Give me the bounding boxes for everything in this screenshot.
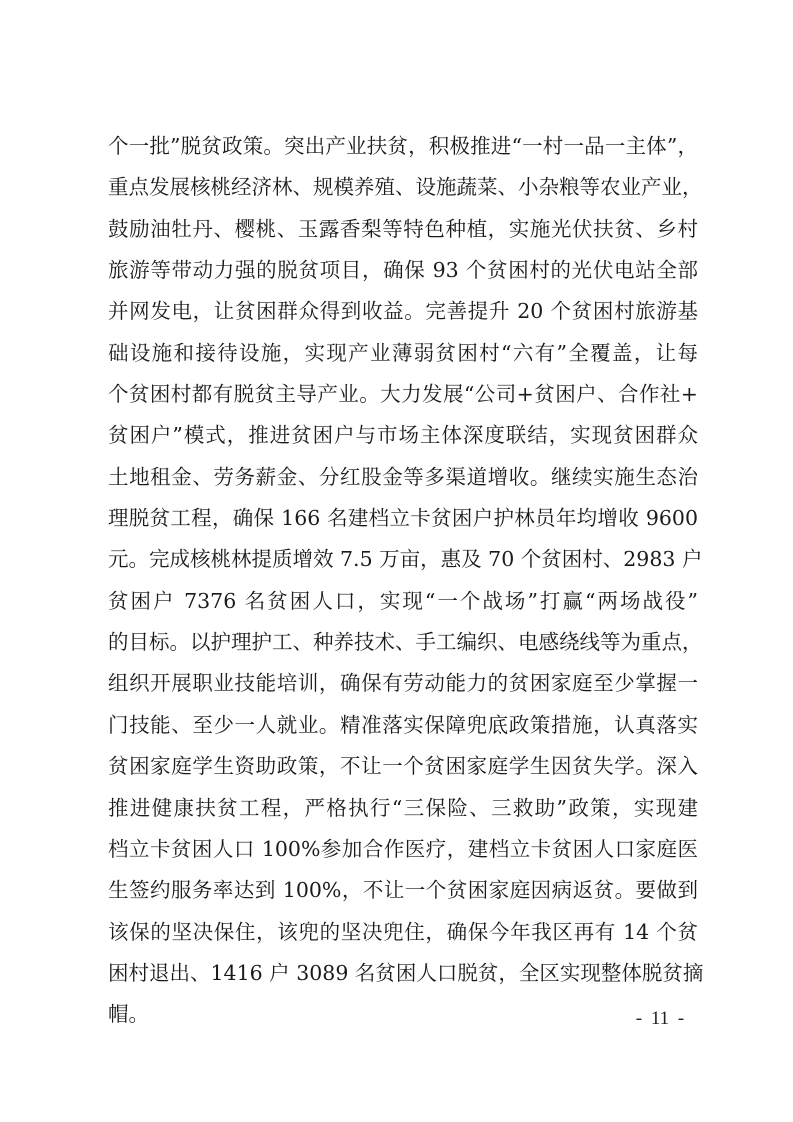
text-line: 个一批”脱贫政策。突出产业扶贫，积极推进“一村一品一主体”，: [108, 126, 698, 167]
text-line: 贫困家庭学生资助政策，不让一个贫困家庭学生因贫失学。深入: [108, 746, 698, 787]
text-line: 生签约服务率达到 100%，不让一个贫困家庭因病返贫。要做到: [108, 870, 698, 911]
document-page: 个一批”脱贫政策。突出产业扶贫，积极推进“一村一品一主体”， 重点发展核桃经济林…: [0, 0, 793, 1122]
text-line: 个贫困村都有脱贫主导产业。大力发展“公司+贫困户、合作社+: [108, 374, 698, 415]
text-line: 重点发展核桃经济林、规模养殖、设施蔬菜、小杂粮等农业产业，: [108, 167, 698, 208]
text-line: 贫困户”模式，推进贫困户与市场主体深度联结，实现贫困群众: [108, 415, 698, 456]
text-line: 旅游等带动力强的脱贫项目，确保 93 个贫困村的光伏电站全部: [108, 250, 698, 291]
text-line: 困村退出、1416 户 3089 名贫困人口脱贫，全区实现整体脱贫摘: [108, 953, 698, 994]
text-line: 鼓励油牡丹、樱桃、玉露香梨等特色种植，实施光伏扶贫、乡村: [108, 209, 698, 250]
text-line: 组织开展职业技能培训，确保有劳动能力的贫困家庭至少掌握一: [108, 663, 698, 704]
text-line: 档立卡贫困人口 100%参加合作医疗，建档立卡贫困人口家庭医: [108, 829, 698, 870]
text-line: 并网发电，让贫困群众得到收益。完善提升 20 个贫困村旅游基: [108, 291, 698, 332]
text-line: 理脱贫工程，确保 166 名建档立卡贫困户护林员年均增收 9600: [108, 498, 698, 539]
text-line: 的目标。以护理护工、种养技术、手工编织、电感绕线等为重点，: [108, 622, 698, 663]
text-line: 该保的坚决保住，该兜的坚决兜住，确保今年我区再有 14 个贫: [108, 912, 698, 953]
body-paragraph: 个一批”脱贫政策。突出产业扶贫，积极推进“一村一品一主体”， 重点发展核桃经济林…: [108, 126, 698, 1036]
text-line: 土地租金、劳务薪金、分红股金等多渠道增收。继续实施生态治: [108, 457, 698, 498]
text-line: 础设施和接待设施，实现产业薄弱贫困村“六有”全覆盖，让每: [108, 333, 698, 374]
text-line: 贫困户 7376 名贫困人口，实现“一个战场”打赢“两场战役”: [108, 581, 698, 622]
text-line: 推进健康扶贫工程，严格执行“三保险、三救助”政策，实现建: [108, 788, 698, 829]
page-number: - 11 -: [630, 1008, 690, 1030]
text-line: 元。完成核桃林提质增效 7.5 万亩，惠及 70 个贫困村、2983 户: [108, 539, 698, 580]
text-line: 门技能、至少一人就业。精准落实保障兜底政策措施，认真落实: [108, 705, 698, 746]
text-line: 帽。: [108, 994, 698, 1035]
